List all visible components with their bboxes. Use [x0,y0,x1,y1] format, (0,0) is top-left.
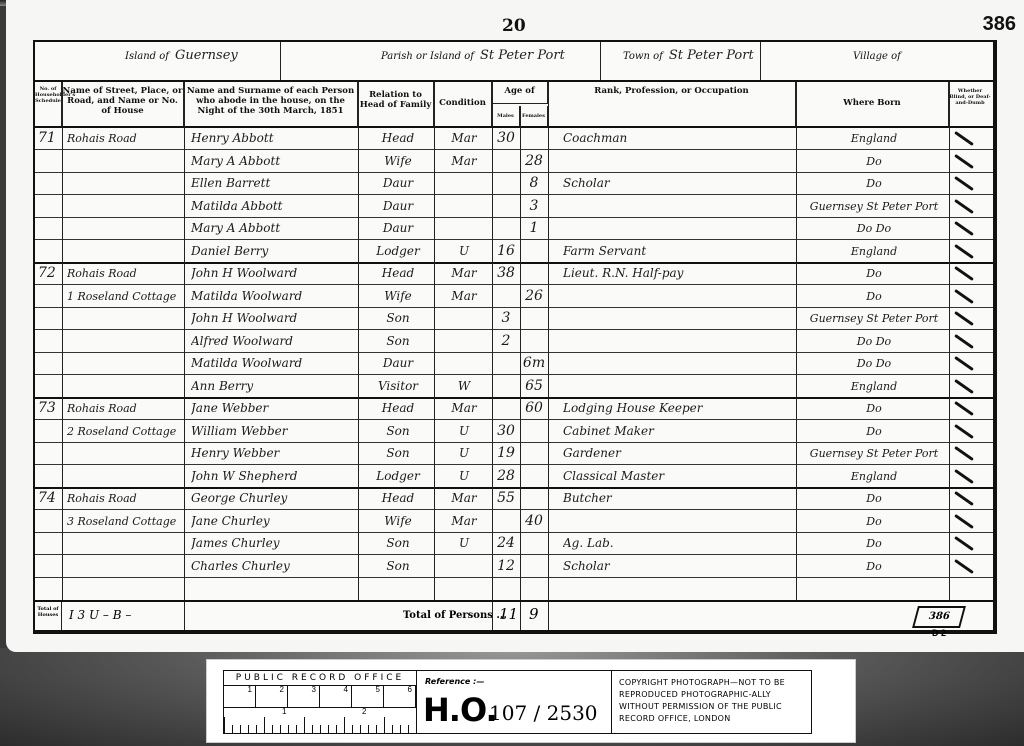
cell-condition [438,196,490,217]
ruler-tick [392,725,393,733]
village-field: Village of [761,42,991,80]
cell-condition [438,173,490,194]
cell-condition: Mar [438,263,490,284]
cell-relation: Lodger [365,241,431,262]
cell-relation: Wife [365,151,431,172]
check-mark-icon [954,311,974,326]
cell-schedule [38,353,60,374]
table-row: Ellen BarrettDaur8ScholarDo [35,173,993,195]
cell-condition: Mar [438,151,490,172]
ruler-lower-number: 2 [362,707,366,716]
cell-relation: Daur [365,196,431,217]
cell-name: Daniel Berry [191,241,357,262]
village-label: Village of [853,51,901,62]
cell-condition [438,556,490,577]
cell-relation: Wife [365,286,431,307]
cell-name: George Churley [191,488,357,509]
cell-born: Do [801,421,947,442]
ruler-number: 6 [384,685,416,707]
ruler-scale: 12 [224,707,416,733]
cell-schedule [38,511,60,532]
cell-name: William Webber [191,421,357,442]
cell-schedule [38,308,60,329]
cell-female: 60 [522,398,546,419]
town-value: St Peter Port [669,48,754,63]
cell-occupation [563,196,793,217]
ruler-tick [328,725,329,733]
cell-name: Henry Abbott [191,128,357,149]
cell-female: 28 [522,151,546,172]
check-mark-icon [954,468,974,483]
cell-occupation [563,286,793,307]
cell-street [67,218,183,239]
cell-born: Do [801,286,947,307]
table-row: Ann BerryVisitorW65England [35,376,993,399]
cell-condition [438,353,490,374]
cell-name: Charles Churley [191,556,357,577]
cell-born: England [801,466,947,487]
table-row: Mary A AbbottWifeMar28Do [35,151,993,173]
cell-occupation: Butcher [563,488,793,509]
cell-street [67,308,183,329]
cell-relation: Daur [365,353,431,374]
table-row: Alfred WoolwardSon2Do Do [35,331,993,353]
office-title: PUBLIC RECORD OFFICE [224,671,416,686]
table-row: Mary A AbbottDaur1Do Do [35,218,993,240]
ruler-number: 3 [288,685,320,707]
cell-condition [438,308,490,329]
town-label: Town of [623,51,663,62]
cell-relation: Son [365,556,431,577]
cell-male: 24 [494,533,518,554]
cell-condition [438,331,490,352]
table-row: 3 Roseland CottageJane ChurleyWifeMar40D… [35,511,993,533]
parish-label: Parish or Island of [381,51,474,62]
table-row: James ChurleySonU24Ag. Lab.Do [35,533,993,555]
cell-name: John H Woolward [191,263,357,284]
cell-male [494,376,518,397]
cell-occupation [563,331,793,352]
ruler-lower-number: 1 [282,707,286,716]
table-row: 73Rohais RoadJane WebberHeadMar60Lodging… [35,398,993,420]
col-occupation: Rank, Profession, or Occupation [548,82,796,126]
ruler-tick [384,717,385,733]
cell-name: John W Shepherd [191,466,357,487]
check-mark-icon [954,333,974,348]
cell-condition: U [438,421,490,442]
ruler-tick [280,725,281,733]
cell-name: Alfred Woolward [191,331,357,352]
footer-mark: D 2 [932,628,946,638]
divider [949,82,950,602]
col-blind: Whether Blind, or Deaf-and-Dumb [949,82,991,126]
census-page: 20 386 Island ofGuernsey Parish or Islan… [6,0,1024,652]
ruler-tick [240,725,241,733]
cell-condition: Mar [438,398,490,419]
ruler-tick [232,725,233,733]
cell-street [67,241,183,262]
cell-male: 28 [494,466,518,487]
cell-relation: Son [365,308,431,329]
cell-street: Rohais Road [67,488,183,509]
divider [358,82,359,602]
cell-street [67,196,183,217]
cell-born: Guernsey St Peter Port [801,308,947,329]
cell-male [494,286,518,307]
cell-male: 2 [494,331,518,352]
cell-occupation [563,218,793,239]
cell-male [494,218,518,239]
cell-street: Rohais Road [67,263,183,284]
cell-name: Henry Webber [191,443,357,464]
reference-number: 107 / 2530 [489,701,598,725]
ruler-number: 2 [256,685,288,707]
cell-born: Do Do [801,331,947,352]
cell-male [494,151,518,172]
cell-condition: U [438,443,490,464]
ruler-tick [264,717,265,733]
cell-name: Ellen Barrett [191,173,357,194]
cell-female [522,128,546,149]
ruler-number: 1 [224,685,256,707]
ruler-numbers: 123456 [224,685,416,708]
cell-street [67,331,183,352]
cell-male [494,511,518,532]
check-mark-icon [954,536,974,551]
cell-condition: Mar [438,511,490,532]
divider [492,82,493,602]
cell-occupation: Classical Master [563,466,793,487]
cell-born: Do [801,488,947,509]
cell-occupation: Lieut. R.N. Half-pay [563,263,793,284]
cell-relation: Head [365,488,431,509]
check-mark-icon [954,513,974,528]
check-mark-icon [954,153,974,168]
cell-male [494,173,518,194]
divider [184,82,185,602]
cell-relation: Son [365,533,431,554]
cell-female [522,443,546,464]
cell-born: Do Do [801,218,947,239]
cell-relation: Son [365,421,431,442]
cell-female: 40 [522,511,546,532]
cell-street: 3 Roseland Cottage [67,511,183,532]
cell-schedule [38,556,60,577]
cell-born: Do Do [801,353,947,374]
cell-name: John H Woolward [191,308,357,329]
cell-name: Mary A Abbott [191,218,357,239]
cell-schedule [38,286,60,307]
cell-born: England [801,128,947,149]
ruler-number: 4 [320,685,352,707]
check-mark-icon [954,423,974,438]
reference-label: Reference :— [425,677,484,686]
cell-female [522,241,546,262]
check-mark-icon [954,176,974,191]
check-mark-icon [954,401,974,416]
cell-born: Do [801,151,947,172]
cell-male [494,398,518,419]
cell-street: 1 Roseland Cottage [67,286,183,307]
cell-street [67,533,183,554]
parish-value: St Peter Port [480,48,565,63]
totals-row: Total of Houses I 3 U – B – Total of Per… [35,600,993,630]
ruler-tick [320,725,321,733]
check-mark-icon [954,198,974,213]
cell-name: James Churley [191,533,357,554]
cell-male: 55 [494,488,518,509]
col-males: Males [492,106,520,126]
col-schedule: No. of Householder's Schedule [35,82,62,126]
cell-female [522,308,546,329]
town-field: Town ofSt Peter Port [601,42,761,80]
cell-schedule [38,196,60,217]
cell-occupation: Scholar [563,173,793,194]
cell-occupation: Lodging House Keeper [563,398,793,419]
cell-street [67,173,183,194]
cell-name: Matilda Woolward [191,353,357,374]
reference-prefix: H.O. [423,691,497,729]
cell-born: Guernsey St Peter Port [801,196,947,217]
cell-female [522,263,546,284]
ruler-box: PUBLIC RECORD OFFICE 123456 12 [223,670,417,734]
cell-relation: Head [365,128,431,149]
cell-name: Jane Webber [191,398,357,419]
col-age-of: Age of [492,82,548,104]
cell-street: 2 Roseland Cottage [67,421,183,442]
cell-street [67,443,183,464]
cell-occupation: Scholar [563,556,793,577]
cell-street: Rohais Road [67,128,183,149]
cell-condition: U [438,533,490,554]
island-label: Island of [125,51,169,62]
reference-box: Reference :— H.O. 107 / 2530 [415,670,612,734]
col-relation: Relation to Head of Family [358,82,434,126]
table-row: 72Rohais RoadJohn H WoolwardHeadMar38Lie… [35,263,993,285]
cell-schedule [38,443,60,464]
check-mark-icon [954,491,974,506]
cell-female [522,331,546,352]
cell-female: 26 [522,286,546,307]
check-mark-icon [954,356,974,371]
table-row: Matilda AbbottDaur3Guernsey St Peter Por… [35,196,993,218]
cell-schedule: 74 [38,488,60,509]
cell-schedule [38,241,60,262]
cell-female: 6m [522,353,546,374]
cell-occupation [563,151,793,172]
page-number: 20 [502,16,526,36]
table-row: Henry WebberSonU19GardenerGuernsey St Pe… [35,443,993,465]
cell-male: 30 [494,128,518,149]
females-total: 9 [529,605,539,623]
divider [62,82,63,602]
ruler-tick [408,725,409,733]
check-mark-icon [954,558,974,573]
cell-schedule: 73 [38,398,60,419]
cell-female: 8 [522,173,546,194]
table-row: 2 Roseland CottageWilliam WebberSonU30Ca… [35,421,993,443]
cell-male: 3 [494,308,518,329]
cell-female: 65 [522,376,546,397]
cell-condition: Mar [438,128,490,149]
cell-male: 12 [494,556,518,577]
folio-number: 386 [983,13,1016,36]
location-header: Island ofGuernsey Parish or Island ofSt … [35,42,993,82]
ruler-tick [400,725,401,733]
ruler-tick [376,725,377,733]
cell-condition: W [438,376,490,397]
ruler-tick [224,717,225,733]
check-mark-icon [954,446,974,461]
cell-street [67,353,183,374]
cell-relation: Lodger [365,466,431,487]
cell-born: Do [801,556,947,577]
cell-female [522,421,546,442]
check-mark-icon [954,221,974,236]
divider [520,106,521,602]
check-mark-icon [954,243,974,258]
cell-street [67,556,183,577]
ruler-tick [256,725,257,733]
cell-male [494,353,518,374]
cell-relation: Daur [365,218,431,239]
ruler-tick [312,725,313,733]
cell-condition: Mar [438,488,490,509]
record-office-label: PUBLIC RECORD OFFICE 123456 12 Reference… [206,659,856,743]
divider [796,82,797,602]
check-mark-icon [954,288,974,303]
cell-schedule: 72 [38,263,60,284]
cell-relation: Head [365,263,431,284]
cell-schedule [38,151,60,172]
copyright-notice: COPYRIGHT PHOTOGRAPH—NOT TO BE REPRODUCE… [619,677,807,725]
cell-female: 3 [522,196,546,217]
cell-schedule [38,533,60,554]
copyright-box: COPYRIGHT PHOTOGRAPH—NOT TO BE REPRODUCE… [611,670,812,734]
cell-schedule [38,421,60,442]
table-row: 74Rohais RoadGeorge ChurleyHeadMar55Butc… [35,488,993,510]
ruler-tick [368,725,369,733]
cell-occupation: Cabinet Maker [563,421,793,442]
houses-total: I 3 U – B – [69,608,131,622]
cell-name: Mary A Abbott [191,151,357,172]
cell-male: 30 [494,421,518,442]
table-row: 71Rohais RoadHenry AbbottHeadMar30Coachm… [35,128,993,150]
houses-total-label: Total of Houses [35,602,62,630]
table-row: John H WoolwardSon3Guernsey St Peter Por… [35,308,993,330]
table-row: Daniel BerryLodgerU16Farm ServantEngland [35,241,993,264]
cell-relation: Visitor [365,376,431,397]
cell-condition [438,218,490,239]
cell-occupation: Ag. Lab. [563,533,793,554]
cell-born: England [801,376,947,397]
cell-male: 19 [494,443,518,464]
cell-born: Do [801,398,947,419]
parish-field: Parish or Island ofSt Peter Port [281,42,601,80]
cell-name: Ann Berry [191,376,357,397]
table-row: 1 Roseland CottageMatilda WoolwardWifeMa… [35,286,993,308]
cell-female: 1 [522,218,546,239]
cell-name: Jane Churley [191,511,357,532]
divider [548,82,549,602]
cell-name: Matilda Woolward [191,286,357,307]
cell-occupation [563,376,793,397]
cell-male: 38 [494,263,518,284]
cell-born: Do [801,173,947,194]
island-value: Guernsey [175,48,238,63]
cell-born: Guernsey St Peter Port [801,443,947,464]
ruler-tick [272,725,273,733]
cell-relation: Son [365,443,431,464]
ruler-tick [360,725,361,733]
cell-relation: Wife [365,511,431,532]
males-total: 11 [499,605,518,623]
cell-relation: Son [365,331,431,352]
cell-condition: Mar [438,286,490,307]
cell-street [67,376,183,397]
col-name: Name and Surname of each Person who abod… [184,82,358,126]
cell-name: Matilda Abbott [191,196,357,217]
cell-born: Do [801,533,947,554]
cell-occupation: Farm Servant [563,241,793,262]
cell-female [522,488,546,509]
ruler-number: 5 [352,685,384,707]
cell-street [67,151,183,172]
check-mark-icon [954,131,974,146]
cell-condition: U [438,466,490,487]
ruler-tick [344,717,345,733]
col-condition: Condition [434,82,492,126]
cell-relation: Head [365,398,431,419]
ruler-tick [304,717,305,733]
island-field: Island ofGuernsey [35,42,281,80]
table-row: Charles ChurleySon12ScholarDo [35,556,993,578]
cell-schedule [38,173,60,194]
census-form: Island ofGuernsey Parish or Island ofSt … [33,40,997,634]
cell-born: England [801,241,947,262]
cell-schedule [38,218,60,239]
cell-born: Do [801,511,947,532]
cell-relation: Daur [365,173,431,194]
cell-schedule [38,466,60,487]
ruler-tick [296,725,297,733]
cell-occupation: Gardener [563,443,793,464]
cell-male: 16 [494,241,518,262]
ruler-tick [288,725,289,733]
check-mark-icon [954,378,974,393]
cell-female [522,556,546,577]
cell-female [522,466,546,487]
ruler-tick [352,725,353,733]
cell-born: Do [801,263,947,284]
cell-street [67,466,183,487]
folio-stamp: 386 [912,606,966,628]
cell-street: Rohais Road [67,398,183,419]
ruler-tick [336,725,337,733]
cell-female [522,533,546,554]
table-row: Matilda WoolwardDaur6mDo Do [35,353,993,375]
cell-occupation: Coachman [563,128,793,149]
cell-schedule: 71 [38,128,60,149]
cell-schedule [38,376,60,397]
col-born: Where Born [796,82,949,126]
divider [434,82,435,602]
ruler-tick [248,725,249,733]
cell-condition: U [438,241,490,262]
cell-male [494,196,518,217]
check-mark-icon [954,266,974,281]
cell-occupation [563,511,793,532]
